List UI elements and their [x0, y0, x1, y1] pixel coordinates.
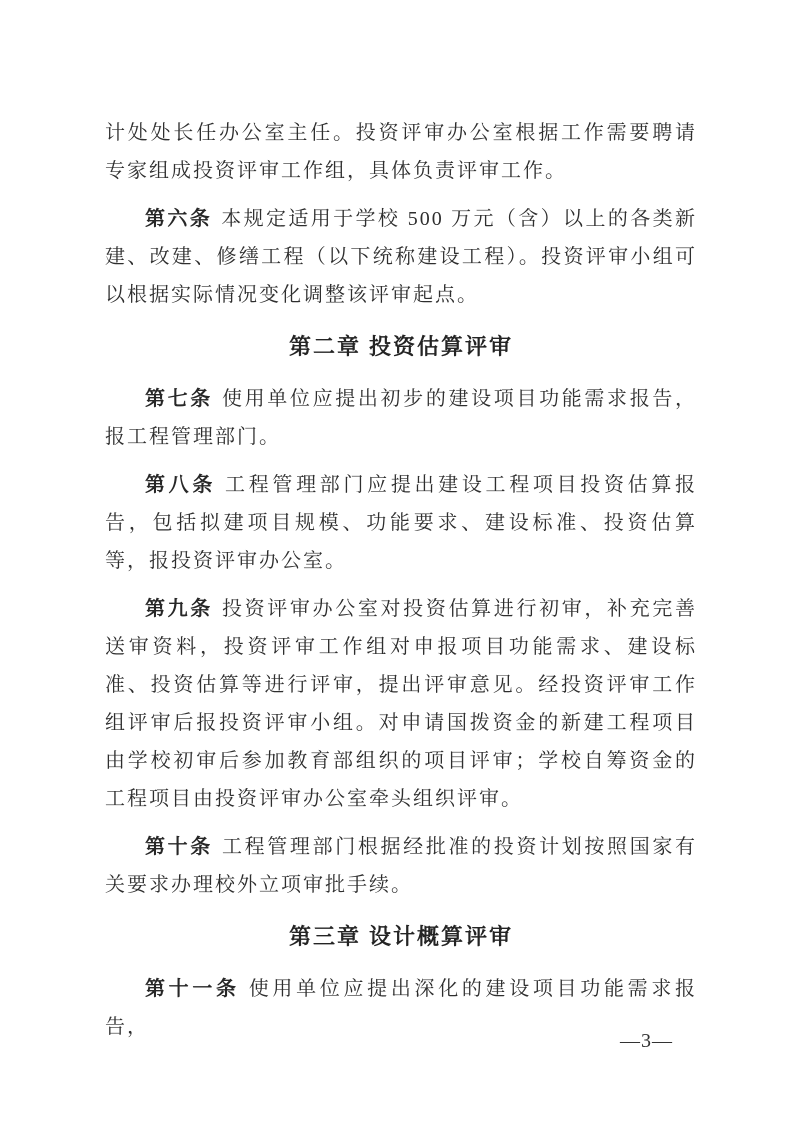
paragraph-article-9: 第九条投资评审办公室对投资估算进行初审，补充完善送审资料，投资评审工作组对申报项…	[105, 590, 697, 818]
paragraph-article-11: 第十一条使用单位应提出深化的建设项目功能需求报告，	[105, 970, 697, 1046]
article-8-label: 第八条	[145, 474, 216, 496]
article-9-label: 第九条	[145, 598, 213, 620]
article-9-text: 投资评审办公室对投资估算进行初审，补充完善送审资料，投资评审工作组对申报项目功能…	[105, 598, 697, 810]
article-11-label: 第十一条	[145, 978, 240, 1000]
document-body: 计处处长任办公室主任。投资评审办公室根据工作需要聘请专家组成投资评审工作组，具体…	[105, 114, 697, 1056]
paragraph-article-7: 第七条使用单位应提出初步的建设项目功能需求报告，报工程管理部门。	[105, 380, 697, 456]
paragraph-article-6: 第六条本规定适用于学校 500 万元（含）以上的各类新建、改建、修缮工程（以下统…	[105, 200, 697, 314]
chapter-2-heading: 第二章 投资估算评审	[105, 328, 697, 366]
page-number: —3—	[620, 1030, 673, 1053]
chapter-3-heading: 第三章 设计概算评审	[105, 918, 697, 956]
document-page: 计处处长任办公室主任。投资评审办公室根据工作需要聘请专家组成投资评审工作组，具体…	[0, 0, 800, 1130]
paragraph-article-10: 第十条工程管理部门根据经批准的投资计划按照国家有关要求办理校外立项审批手续。	[105, 828, 697, 904]
paragraph-article-8: 第八条工程管理部门应提出建设工程项目投资估算报告，包括拟建项目规模、功能要求、建…	[105, 466, 697, 580]
article-6-label: 第六条	[145, 208, 212, 230]
article-10-label: 第十条	[145, 836, 213, 858]
paragraph-continuation: 计处处长任办公室主任。投资评审办公室根据工作需要聘请专家组成投资评审工作组，具体…	[105, 114, 697, 190]
article-7-label: 第七条	[145, 388, 213, 410]
